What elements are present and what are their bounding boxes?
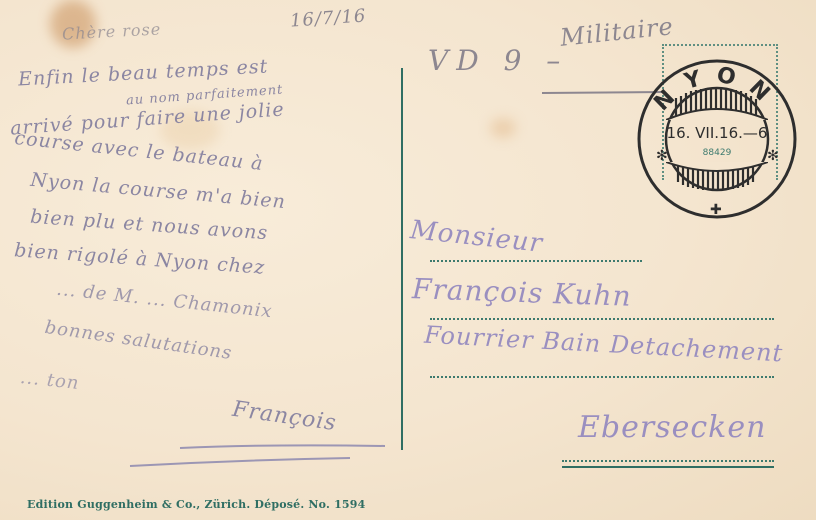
svg-text:✻: ✻ (767, 148, 779, 164)
message-line: ... ton (19, 367, 80, 394)
message-line: bonnes salutations (43, 317, 233, 364)
postcard: 16/7/16 Chère rose Enfin le beau temps e… (0, 0, 816, 520)
address-rule (430, 318, 774, 320)
address-line: Ebersecken (578, 410, 766, 445)
message-line: ... de M. ... Chamonix (55, 279, 273, 323)
svg-text:✻: ✻ (656, 148, 668, 164)
message-signature: François (231, 397, 338, 436)
svg-text:16. VII.16.—6: 16. VII.16.—6 (667, 124, 768, 142)
address-rule (562, 460, 774, 462)
address-rule (430, 260, 642, 262)
message-line: course avec le bateau à (14, 127, 265, 175)
address-annotation: VD 9 – (428, 44, 568, 77)
publisher-imprint: Edition Guggenheim & Co., Zürich. Déposé… (27, 498, 366, 511)
center-divider (401, 68, 403, 450)
address-line: Monsieur (409, 215, 545, 259)
postmark: NYON 16. VII.1 (636, 58, 798, 220)
message-date: 16/7/16 (289, 5, 367, 31)
address-line: François Kuhn (411, 272, 632, 313)
address-rule-solid (562, 466, 774, 468)
message-line: Nyon la course m'a bien (30, 169, 287, 213)
svg-text:88429: 88429 (703, 148, 732, 158)
address-rule (430, 376, 774, 378)
signature-underline (120, 440, 400, 480)
address-line: Fourrier Bain Detachement (424, 321, 784, 368)
military-mark: Militaire (559, 12, 675, 52)
svg-text:✚: ✚ (710, 202, 722, 218)
message-line: bien rigolé à Nyon chez (14, 239, 266, 278)
message-line: bien plu et nous avons (30, 206, 269, 245)
message-line: Chère rose (62, 19, 162, 43)
stain (490, 118, 516, 138)
